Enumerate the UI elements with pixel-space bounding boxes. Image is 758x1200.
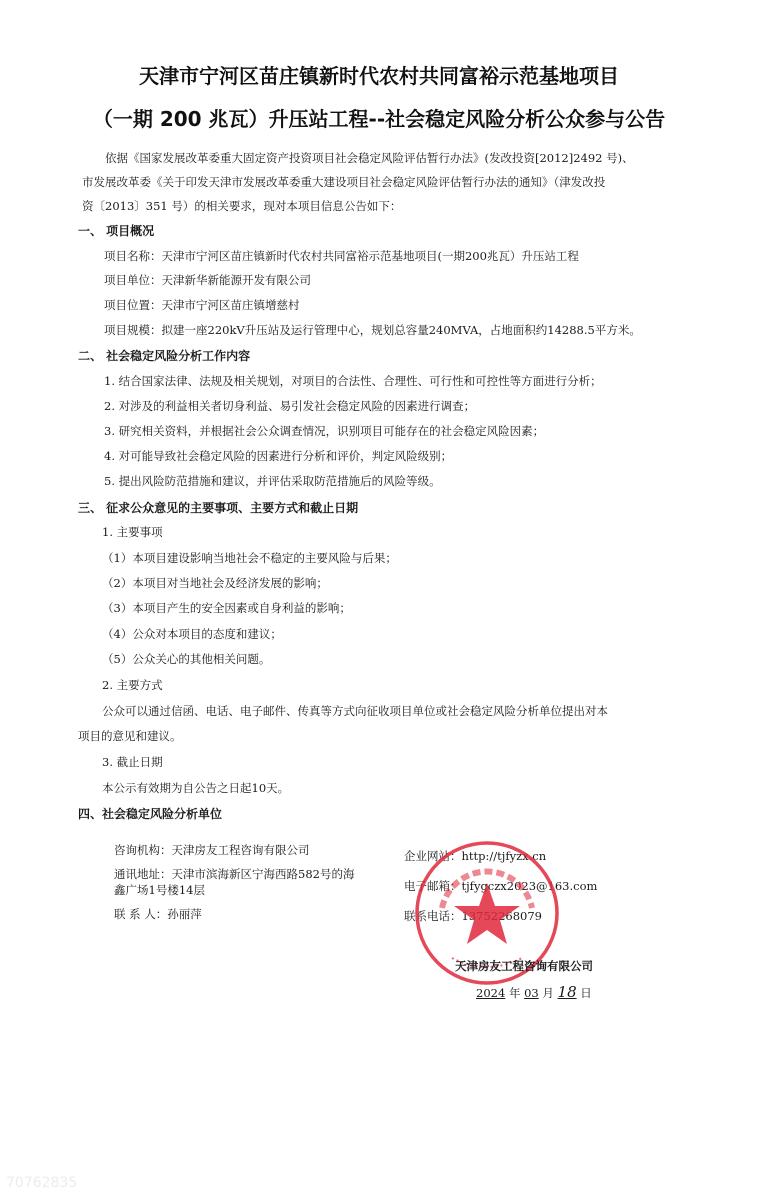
contact-person: 联 系 人：孙丽萍 [114,906,202,922]
document-title-line1: 天津市宁河区苗庄镇新时代农村共同富裕示范基地项目 [0,60,758,89]
main-matters-subheading: 1. 主要事项 [102,524,163,540]
work-item-5: 5. 提出风险防范措施和建议，并评估采取防范措施后的风险等级。 [104,473,441,489]
date-day: 18 [558,983,577,1001]
document-title-line2: （一期 200 兆瓦）升压站工程--社会稳定风险分析公众参与公告 [0,103,758,132]
matter-5: （5）公众关心的其他相关问题。 [102,651,270,667]
date-month: 03 [524,986,539,1000]
date-year: 2024 [476,986,505,1000]
date-month-unit: 月 [542,986,554,1000]
work-item-4: 4. 对可能导致社会稳定风险的因素进行分析和评价，判定风险级别； [104,448,452,464]
watermark-id: 70762835 [6,1175,77,1191]
section3-heading: 三、 征求公众意见的主要事项、主要方式和截止日期 [78,499,358,516]
intro-line2: 市发展改革委《关于印发天津市发展改革委重大建设项目社会稳定风险评估暂行办法的通知… [82,174,605,190]
work-item-3: 3. 研究相关资料，并根据社会公众调查情况，识别项目可能存在的社会稳定风险因素； [104,423,544,439]
intro-line3: 资〔2013〕351 号）的相关要求，现对本项目信息公告如下： [82,198,401,214]
date-year-unit: 年 [509,986,521,1000]
project-scale: 项目规模：拟建一座220kV升压站及运行管理中心，规划总容量240MVA，占地面… [104,322,641,338]
project-name: 项目名称：天津市宁河区苗庄镇新时代农村共同富裕示范基地项目(一期200兆瓦）升压… [104,248,579,264]
methods-text-line2: 项目的意见和建议。 [78,728,182,744]
signature-date: 2024 年 03 月 18 日 [476,984,592,1001]
deadline-text: 本公示有效期为自公告之日起10天。 [102,780,289,796]
matter-2: （2）本项目对当地社会及经济发展的影响； [102,575,328,591]
date-day-unit: 日 [580,986,592,1000]
methods-text-line1: 公众可以通过信函、电话、电子邮件、传真等方式向征收项目单位或社会稳定风险分析单位… [102,703,608,719]
work-item-2: 2. 对涉及的利益相关者切身利益、易引发社会稳定风险的因素进行调查； [104,398,475,414]
section1-heading: 一、 项目概况 [78,222,154,239]
work-item-1: 1. 结合国家法律、法规及相关规划，对项目的合法性、合理性、可行性和可控性等方面… [104,373,602,389]
matter-3: （3）本项目产生的安全因素或自身利益的影响； [102,600,351,616]
matter-4: （4）公众对本项目的态度和建议； [102,626,282,642]
section2-heading: 二、 社会稳定风险分析工作内容 [78,347,250,364]
project-location: 项目位置：天津市宁河区苗庄镇增慈村 [104,297,300,313]
deadline-subheading: 3. 截止日期 [102,754,163,770]
section4-heading: 四、社会稳定风险分析单位 [78,805,222,822]
address-line1: 通讯地址：天津市滨海新区宁海西路582号的海 [114,866,354,882]
project-unit: 项目单位：天津新华新能源开发有限公司 [104,272,311,288]
intro-line1: 依据《国家发展改革委重大固定资产投资项目社会稳定风险评估暂行办法》(发改投资[2… [105,150,634,166]
address-line2: 鑫广场1号楼14层 [114,882,205,898]
signature-company: 天津房友工程咨询有限公司 [455,958,593,974]
matter-1: （1）本项目建设影响当地社会不稳定的主要风险与后果； [102,550,397,566]
main-methods-subheading: 2. 主要方式 [102,677,163,693]
consulting-org: 咨询机构：天津房友工程咨询有限公司 [114,842,310,858]
